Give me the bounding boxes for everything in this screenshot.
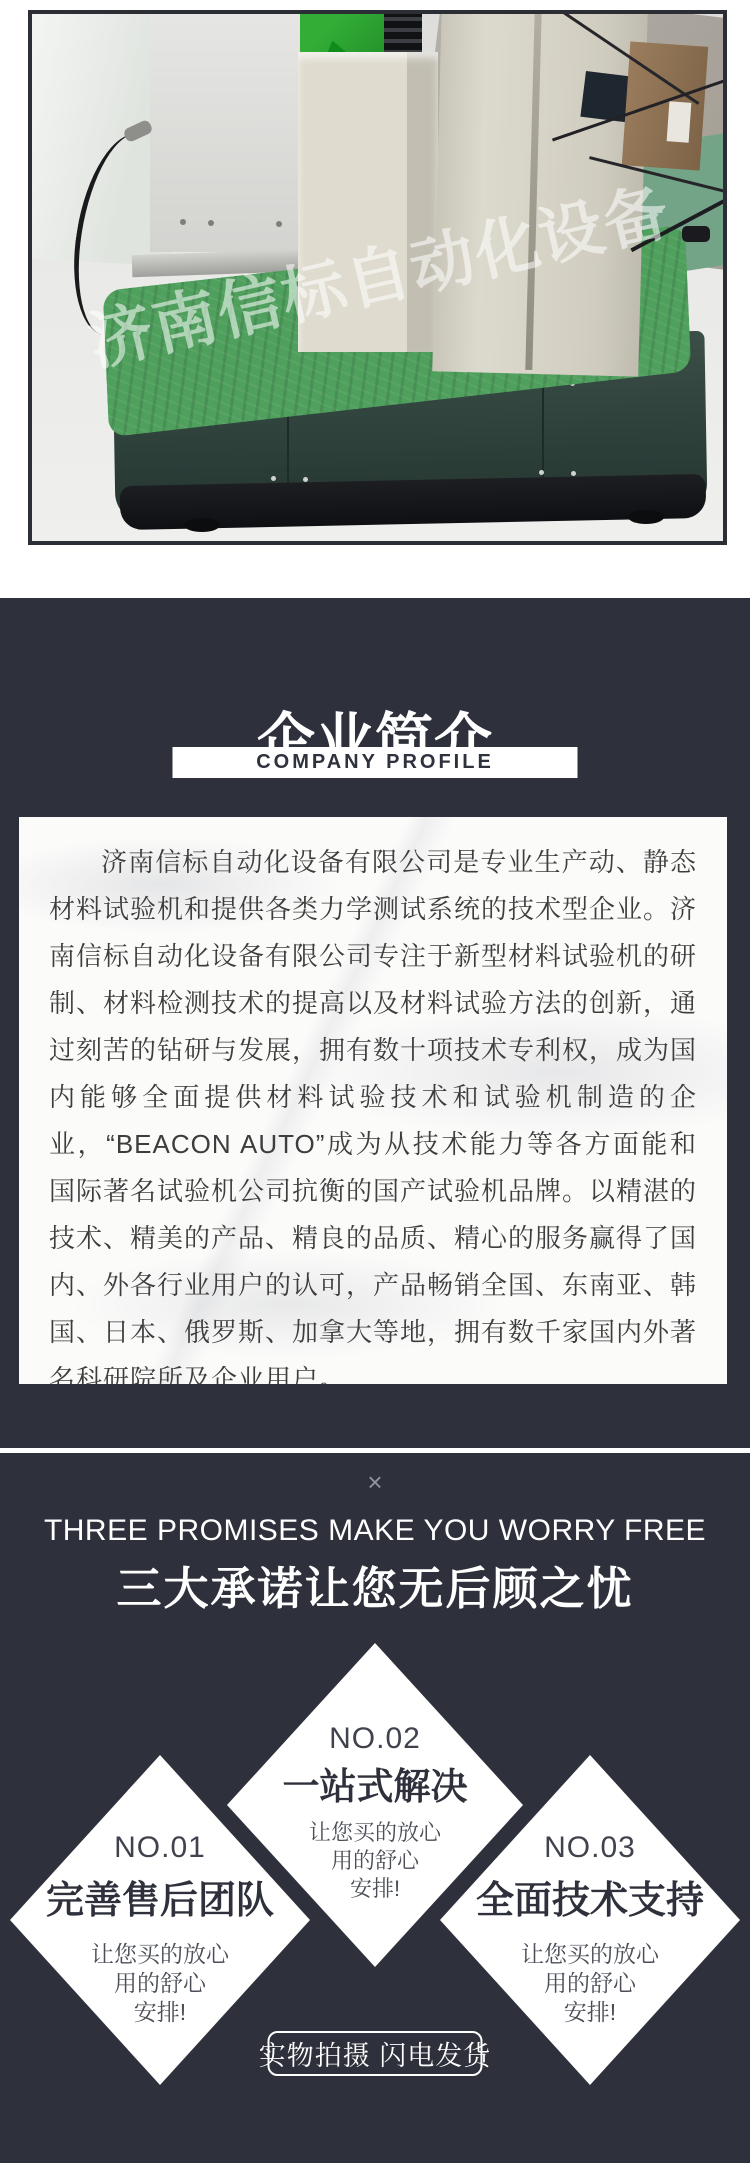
product-detail-page: 济南信标自动化设备 企业简介 COMPANY PROFILE 济南信标自动化设备… — [0, 0, 750, 2163]
promises-title-cn: 三大承诺让您无后顾之忧 — [0, 1561, 750, 1617]
panel-screws — [180, 219, 186, 225]
promise-line: 让您买的放心 — [10, 1940, 310, 1969]
promise-line: 让您买的放心 — [440, 1940, 740, 1969]
section-subtitle-box: COMPANY PROFILE — [173, 747, 578, 778]
promises-section: × THREE PROMISES MAKE YOU WORRY FREE 三大承… — [0, 1453, 750, 2163]
promise-number: NO.02 — [227, 1722, 523, 1756]
promise-line: 用的舒心 — [440, 1969, 740, 1998]
real-shot-fast-shipping-button[interactable]: 实物拍摄 闪电发货 — [268, 2031, 483, 2076]
promise-line: 安排! — [10, 1998, 310, 2027]
promise-title: 一站式解决 — [227, 1765, 523, 1809]
power-plug — [682, 226, 710, 242]
section-subtitle: COMPANY PROFILE — [256, 751, 494, 774]
promise-title: 完善售后团队 — [10, 1878, 310, 1924]
company-profile-section: 企业简介 COMPANY PROFILE 济南信标自动化设备有限公司是专业生产动… — [0, 598, 750, 1448]
promise-line: 让您买的放心 — [227, 1819, 523, 1847]
company-profile-text: 济南信标自动化设备有限公司是专业生产动、静态材料试验机和提供各类力学测试系统的技… — [19, 817, 727, 1384]
machine-foot — [628, 510, 664, 524]
promise-line: 用的舒心 — [227, 1847, 523, 1875]
box-label — [667, 101, 692, 142]
machine-foot — [184, 518, 220, 532]
machine-left-panel — [150, 10, 300, 252]
company-profile-card: 济南信标自动化设备有限公司是专业生产动、静态材料试验机和提供各类力学测试系统的技… — [19, 817, 727, 1384]
close-icon: × — [0, 1469, 750, 1495]
promise-line: 用的舒心 — [10, 1969, 310, 1998]
promise-line: 安排! — [440, 1998, 740, 2027]
promises-title-en: THREE PROMISES MAKE YOU WORRY FREE — [0, 1513, 750, 1549]
product-photo: 济南信标自动化设备 — [28, 10, 727, 545]
promise-title: 全面技术支持 — [440, 1878, 740, 1924]
